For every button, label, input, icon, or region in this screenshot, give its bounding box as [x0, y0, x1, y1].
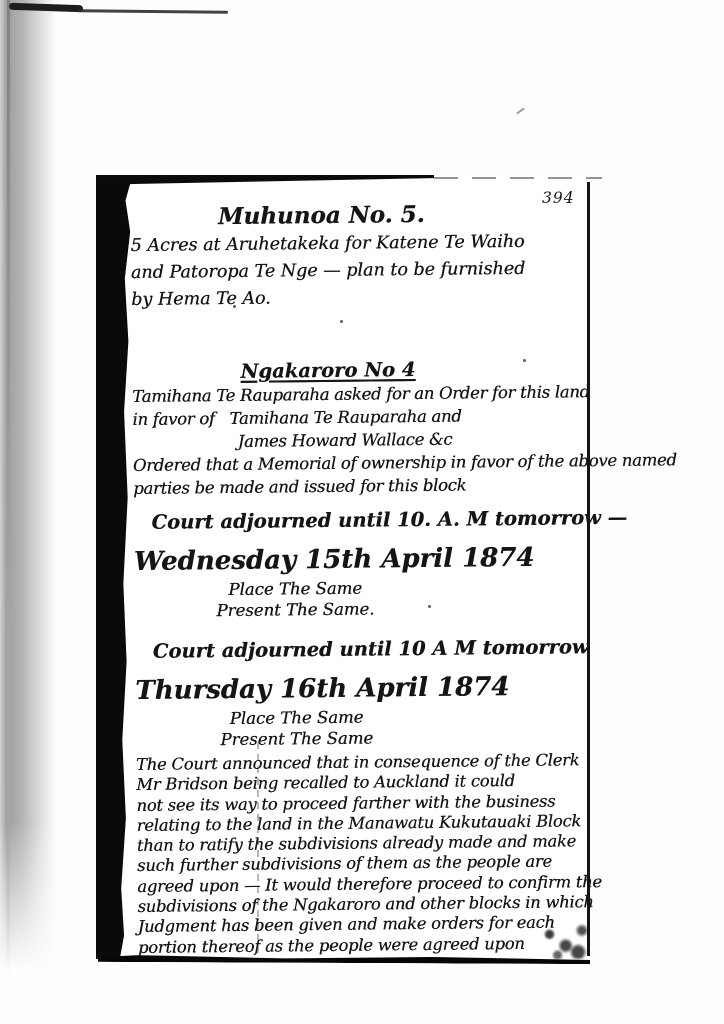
- adjournment-note-1: Court adjourned until 10. A. M tomorrow …: [133, 503, 585, 538]
- entry-heading-muhunoa: Muhunoa No. 5.: [130, 199, 512, 233]
- muhunoa-entry-lines: 5 Acres at Aruhetakeka for Katene Te Wai…: [130, 228, 583, 314]
- manuscript-line: by Hema Te Ao.: [131, 282, 583, 314]
- ngakaroro-entry-lines: Tamihana Te Rauparaha asked for an Order…: [132, 380, 585, 500]
- adjournment-note-2: Court adjourned until 10 A M tomorrow: [135, 632, 587, 667]
- scan-edge-mark-thin: [78, 9, 228, 14]
- book-spine-edge-line: [7, 0, 10, 980]
- court-announcement-paragraph: The Court announced that in consequence …: [136, 750, 590, 958]
- manuscript-line: Ordered that a Memorial of ownership in …: [133, 449, 585, 477]
- session-present-thursday: Present The Same: [136, 727, 458, 751]
- session-date-thursday: Thursday 16th April 1874: [135, 669, 502, 709]
- manuscript-line: parties be made and issued for this bloc…: [133, 472, 585, 500]
- manuscript-line: Tamihana Te Rauparaha asked for an Order…: [132, 380, 584, 408]
- session-present-wednesday: Present The Same.: [134, 598, 456, 622]
- page-border-left: [96, 177, 132, 959]
- scanned-page-photo: 394 Muhunoa No. 5. 5 Acres at Aruhetakek…: [0, 0, 724, 1024]
- manuscript-line: and Patoropa Te Nge — plan to be furnish…: [131, 255, 583, 287]
- session-date-wednesday: Wednesday 15th April 1874: [134, 540, 501, 580]
- manuscript-line: portion thereof as the people were agree…: [138, 933, 590, 958]
- manuscript-page: 394 Muhunoa No. 5. 5 Acres at Aruhetakek…: [96, 177, 593, 967]
- page-border-top-faint: [434, 177, 602, 179]
- scan-speck: [516, 108, 525, 115]
- manuscript-content: Muhunoa No. 5. 5 Acres at Aruhetakeka fo…: [130, 182, 590, 958]
